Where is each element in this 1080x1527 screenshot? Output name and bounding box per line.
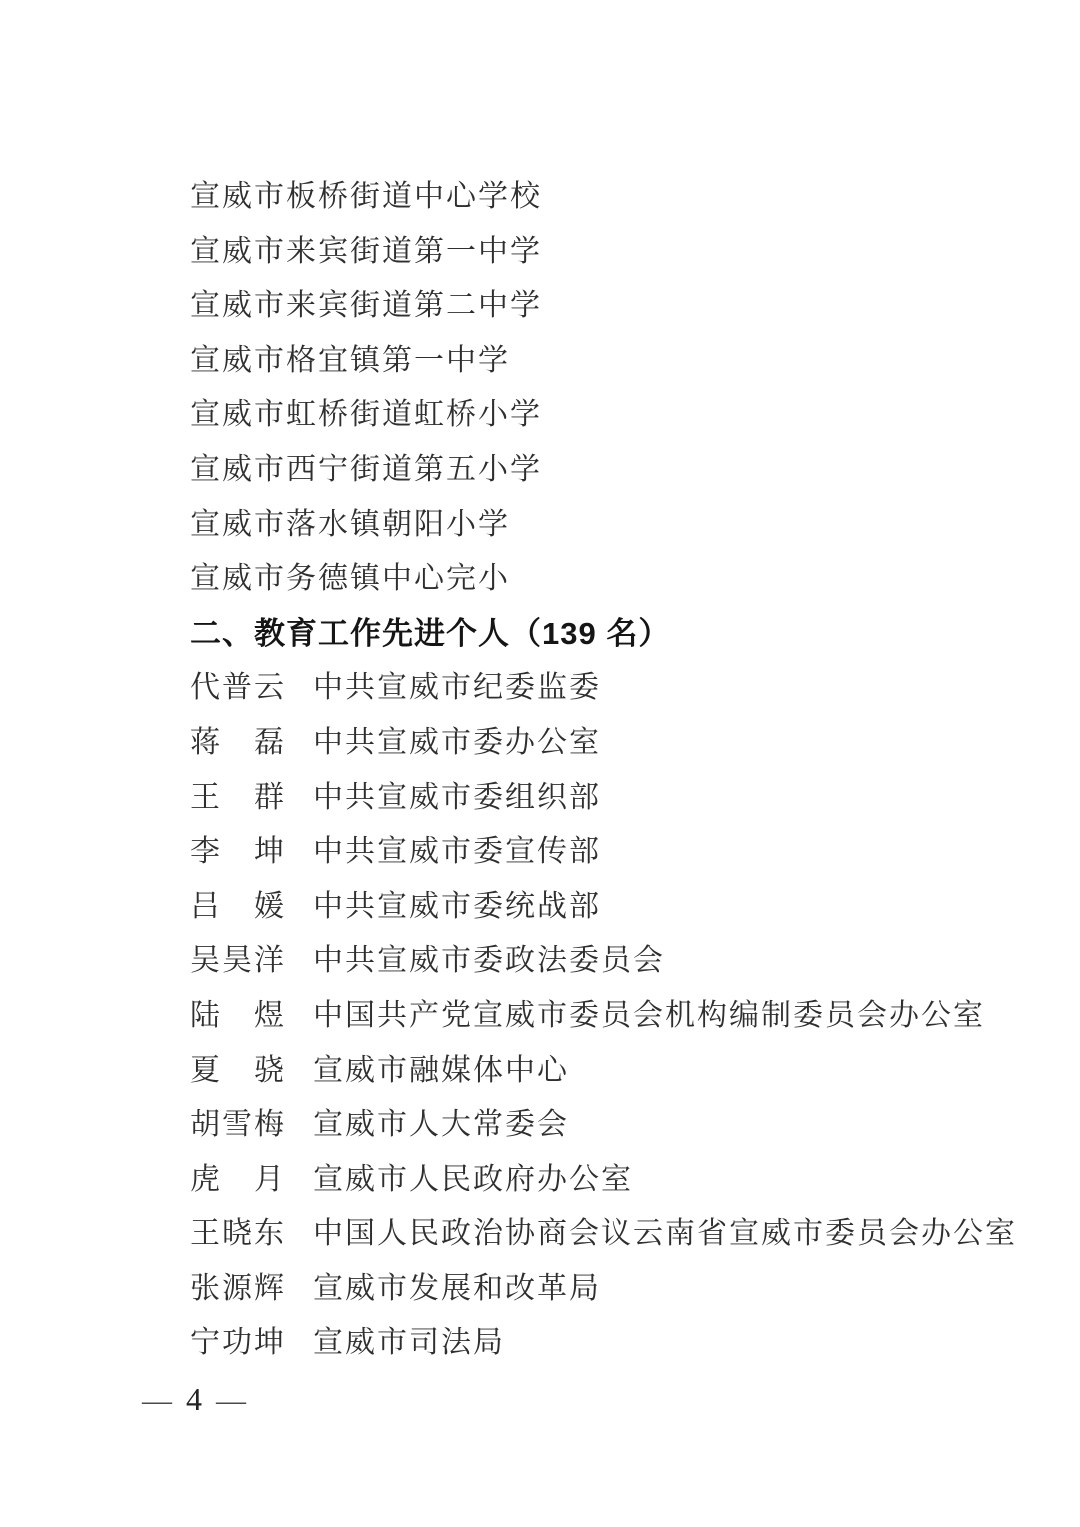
person-organization: 中共宣威市委统战部: [313, 880, 601, 935]
person-row: 胡雪梅宣威市人大常委会: [190, 1098, 1017, 1153]
page-footer: —4—: [142, 1372, 246, 1426]
person-row: 宁功坤宣威市司法局: [190, 1316, 1017, 1371]
person-name: 胡雪梅: [190, 1098, 286, 1153]
person-organization: 中国共产党宣威市委员会机构编制委员会办公室: [313, 989, 985, 1044]
person-name: 王晓东: [190, 1207, 286, 1262]
person-row: 代普云中共宣威市纪委监委: [190, 661, 1017, 716]
person-name: 王 群: [190, 771, 286, 826]
person-row: 王 群中共宣威市委组织部: [190, 771, 1017, 826]
person-row: 陆 煜中国共产党宣威市委员会机构编制委员会办公室: [190, 989, 1017, 1044]
person-name: 夏 骁: [190, 1044, 286, 1099]
section-heading: 二、教育工作先进个人（139 名）: [190, 607, 1017, 662]
school-list-item: 宣威市虹桥街道虹桥小学: [190, 388, 1017, 443]
document-page: 宣威市板桥街道中心学校 宣威市来宾街道第一中学 宣威市来宾街道第二中学 宣威市格…: [0, 0, 1080, 1527]
person-row: 王晓东中国人民政治协商会议云南省宣威市委员会办公室: [190, 1207, 1017, 1262]
person-name: 陆 煜: [190, 989, 286, 1044]
person-name: 吴昊洋: [190, 934, 286, 989]
footer-dash-left: —: [142, 1384, 172, 1417]
person-organization: 中共宣威市委办公室: [313, 716, 601, 771]
person-name: 宁功坤: [190, 1316, 286, 1371]
person-name: 代普云: [190, 661, 286, 716]
person-row: 虎 月宣威市人民政府办公室: [190, 1153, 1017, 1208]
person-organization: 宣威市人大常委会: [313, 1098, 569, 1153]
person-row: 吴昊洋中共宣威市委政法委员会: [190, 934, 1017, 989]
person-organization: 中国人民政治协商会议云南省宣威市委员会办公室: [313, 1207, 1017, 1262]
person-organization: 宣威市人民政府办公室: [313, 1153, 633, 1208]
school-list-item: 宣威市板桥街道中心学校: [190, 170, 1017, 225]
person-name: 蒋 磊: [190, 716, 286, 771]
person-name: 张源辉: [190, 1262, 286, 1317]
person-row: 吕 媛中共宣威市委统战部: [190, 880, 1017, 935]
person-organization: 中共宣威市委宣传部: [313, 825, 601, 880]
school-list-item: 宣威市格宜镇第一中学: [190, 334, 1017, 389]
person-organization: 宣威市司法局: [313, 1316, 505, 1371]
person-organization: 宣威市融媒体中心: [313, 1044, 569, 1099]
person-organization: 中共宣威市委政法委员会: [313, 934, 665, 989]
person-name: 虎 月: [190, 1153, 286, 1208]
school-list-item: 宣威市来宾街道第二中学: [190, 279, 1017, 334]
person-name: 吕 媛: [190, 880, 286, 935]
school-list-item: 宣威市西宁街道第五小学: [190, 443, 1017, 498]
document-content: 宣威市板桥街道中心学校 宣威市来宾街道第一中学 宣威市来宾街道第二中学 宣威市格…: [190, 170, 1017, 1371]
page-number: 4: [186, 1381, 202, 1417]
school-list-item: 宣威市务德镇中心完小: [190, 552, 1017, 607]
footer-dash-right: —: [216, 1384, 246, 1417]
school-list-item: 宣威市落水镇朝阳小学: [190, 498, 1017, 553]
school-list-item: 宣威市来宾街道第一中学: [190, 225, 1017, 280]
person-row: 蒋 磊中共宣威市委办公室: [190, 716, 1017, 771]
person-name: 李 坤: [190, 825, 286, 880]
person-organization: 中共宣威市纪委监委: [313, 661, 601, 716]
person-row: 夏 骁宣威市融媒体中心: [190, 1044, 1017, 1099]
person-organization: 中共宣威市委组织部: [313, 771, 601, 826]
person-row: 李 坤中共宣威市委宣传部: [190, 825, 1017, 880]
person-organization: 宣威市发展和改革局: [313, 1262, 601, 1317]
person-row: 张源辉宣威市发展和改革局: [190, 1262, 1017, 1317]
